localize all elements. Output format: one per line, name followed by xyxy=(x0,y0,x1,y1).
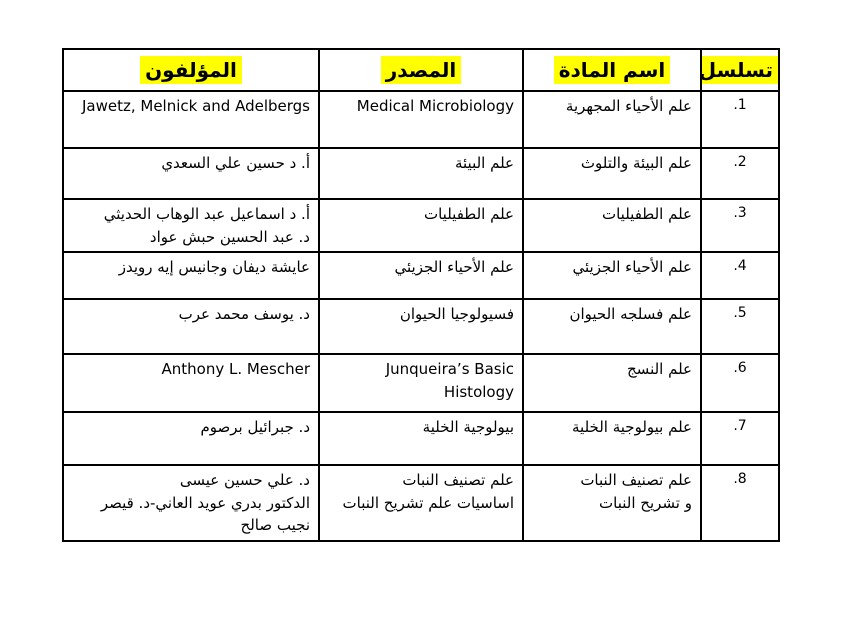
cell-subject: علم تصنيف النبات و تشريح النبات xyxy=(523,465,701,541)
cell-subject: علم البيئة والتلوث xyxy=(523,148,701,199)
cell-subject: علم بيولوجية الخلية xyxy=(523,412,701,465)
cell-seq: .3 xyxy=(701,199,779,252)
cell-source: فسيولوجيا الحيوان xyxy=(319,299,523,354)
header-seq: تسلسل xyxy=(701,49,779,91)
table-row: .8 علم تصنيف النبات و تشريح النبات علم ت… xyxy=(63,465,779,541)
cell-subject: علم الأحياء المجهرية xyxy=(523,91,701,148)
header-authors: المؤلفون xyxy=(63,49,319,91)
cell-authors: Anthony L. Mescher xyxy=(63,354,319,412)
cell-authors: أ. د اسماعيل عبد الوهاب الحديثي د. عبد ا… xyxy=(63,199,319,252)
table-row: .6 علم النسج Junqueira’s Basic Histology… xyxy=(63,354,779,412)
cell-source: علم تصنيف النبات اساسيات علم تشريح النبا… xyxy=(319,465,523,541)
cell-source: Medical Microbiology xyxy=(319,91,523,148)
header-source: المصدر xyxy=(319,49,523,91)
cell-source: علم الأحياء الجزيئي xyxy=(319,252,523,299)
cell-seq: .8 xyxy=(701,465,779,541)
cell-authors: عايشة ديفان وجانيس إيه رويدز xyxy=(63,252,319,299)
table-row: .1 علم الأحياء المجهرية Medical Microbio… xyxy=(63,91,779,148)
cell-source: علم البيئة xyxy=(319,148,523,199)
header-source-label: المصدر xyxy=(381,56,462,84)
books-table: تسلسل اسم المادة المصدر المؤلفون .1 علم … xyxy=(62,48,780,542)
cell-seq: .7 xyxy=(701,412,779,465)
table-row: .7 علم بيولوجية الخلية بيولوجية الخلية د… xyxy=(63,412,779,465)
cell-source: بيولوجية الخلية xyxy=(319,412,523,465)
table-row: .4 علم الأحياء الجزيئي علم الأحياء الجزي… xyxy=(63,252,779,299)
table-row: .5 علم فسلجه الحيوان فسيولوجيا الحيوان د… xyxy=(63,299,779,354)
cell-authors: Jawetz, Melnick and Adelbergs xyxy=(63,91,319,148)
cell-seq: .1 xyxy=(701,91,779,148)
cell-authors: د. يوسف محمد عرب xyxy=(63,299,319,354)
cell-subject: علم فسلجه الحيوان xyxy=(523,299,701,354)
header-subject: اسم المادة xyxy=(523,49,701,91)
cell-seq: .5 xyxy=(701,299,779,354)
cell-seq: .4 xyxy=(701,252,779,299)
document-page: تسلسل اسم المادة المصدر المؤلفون .1 علم … xyxy=(0,0,860,637)
cell-subject: علم الأحياء الجزيئي xyxy=(523,252,701,299)
table-row: .3 علم الطفيليات علم الطفيليات أ. د اسما… xyxy=(63,199,779,252)
header-seq-label: تسلسل xyxy=(701,56,778,84)
cell-subject: علم الطفيليات xyxy=(523,199,701,252)
cell-seq: .2 xyxy=(701,148,779,199)
header-authors-label: المؤلفون xyxy=(140,56,242,84)
cell-seq: .6 xyxy=(701,354,779,412)
table-row: .2 علم البيئة والتلوث علم البيئة أ. د حس… xyxy=(63,148,779,199)
cell-authors: د. علي حسين عيسى الدكتور بدري عويد العان… xyxy=(63,465,319,541)
header-subject-label: اسم المادة xyxy=(554,56,671,84)
header-row: تسلسل اسم المادة المصدر المؤلفون xyxy=(63,49,779,91)
cell-source: علم الطفيليات xyxy=(319,199,523,252)
cell-source: Junqueira’s Basic Histology xyxy=(319,354,523,412)
cell-authors: أ. د حسين علي السعدي xyxy=(63,148,319,199)
cell-subject: علم النسج xyxy=(523,354,701,412)
cell-authors: د. جبرائيل برصوم xyxy=(63,412,319,465)
